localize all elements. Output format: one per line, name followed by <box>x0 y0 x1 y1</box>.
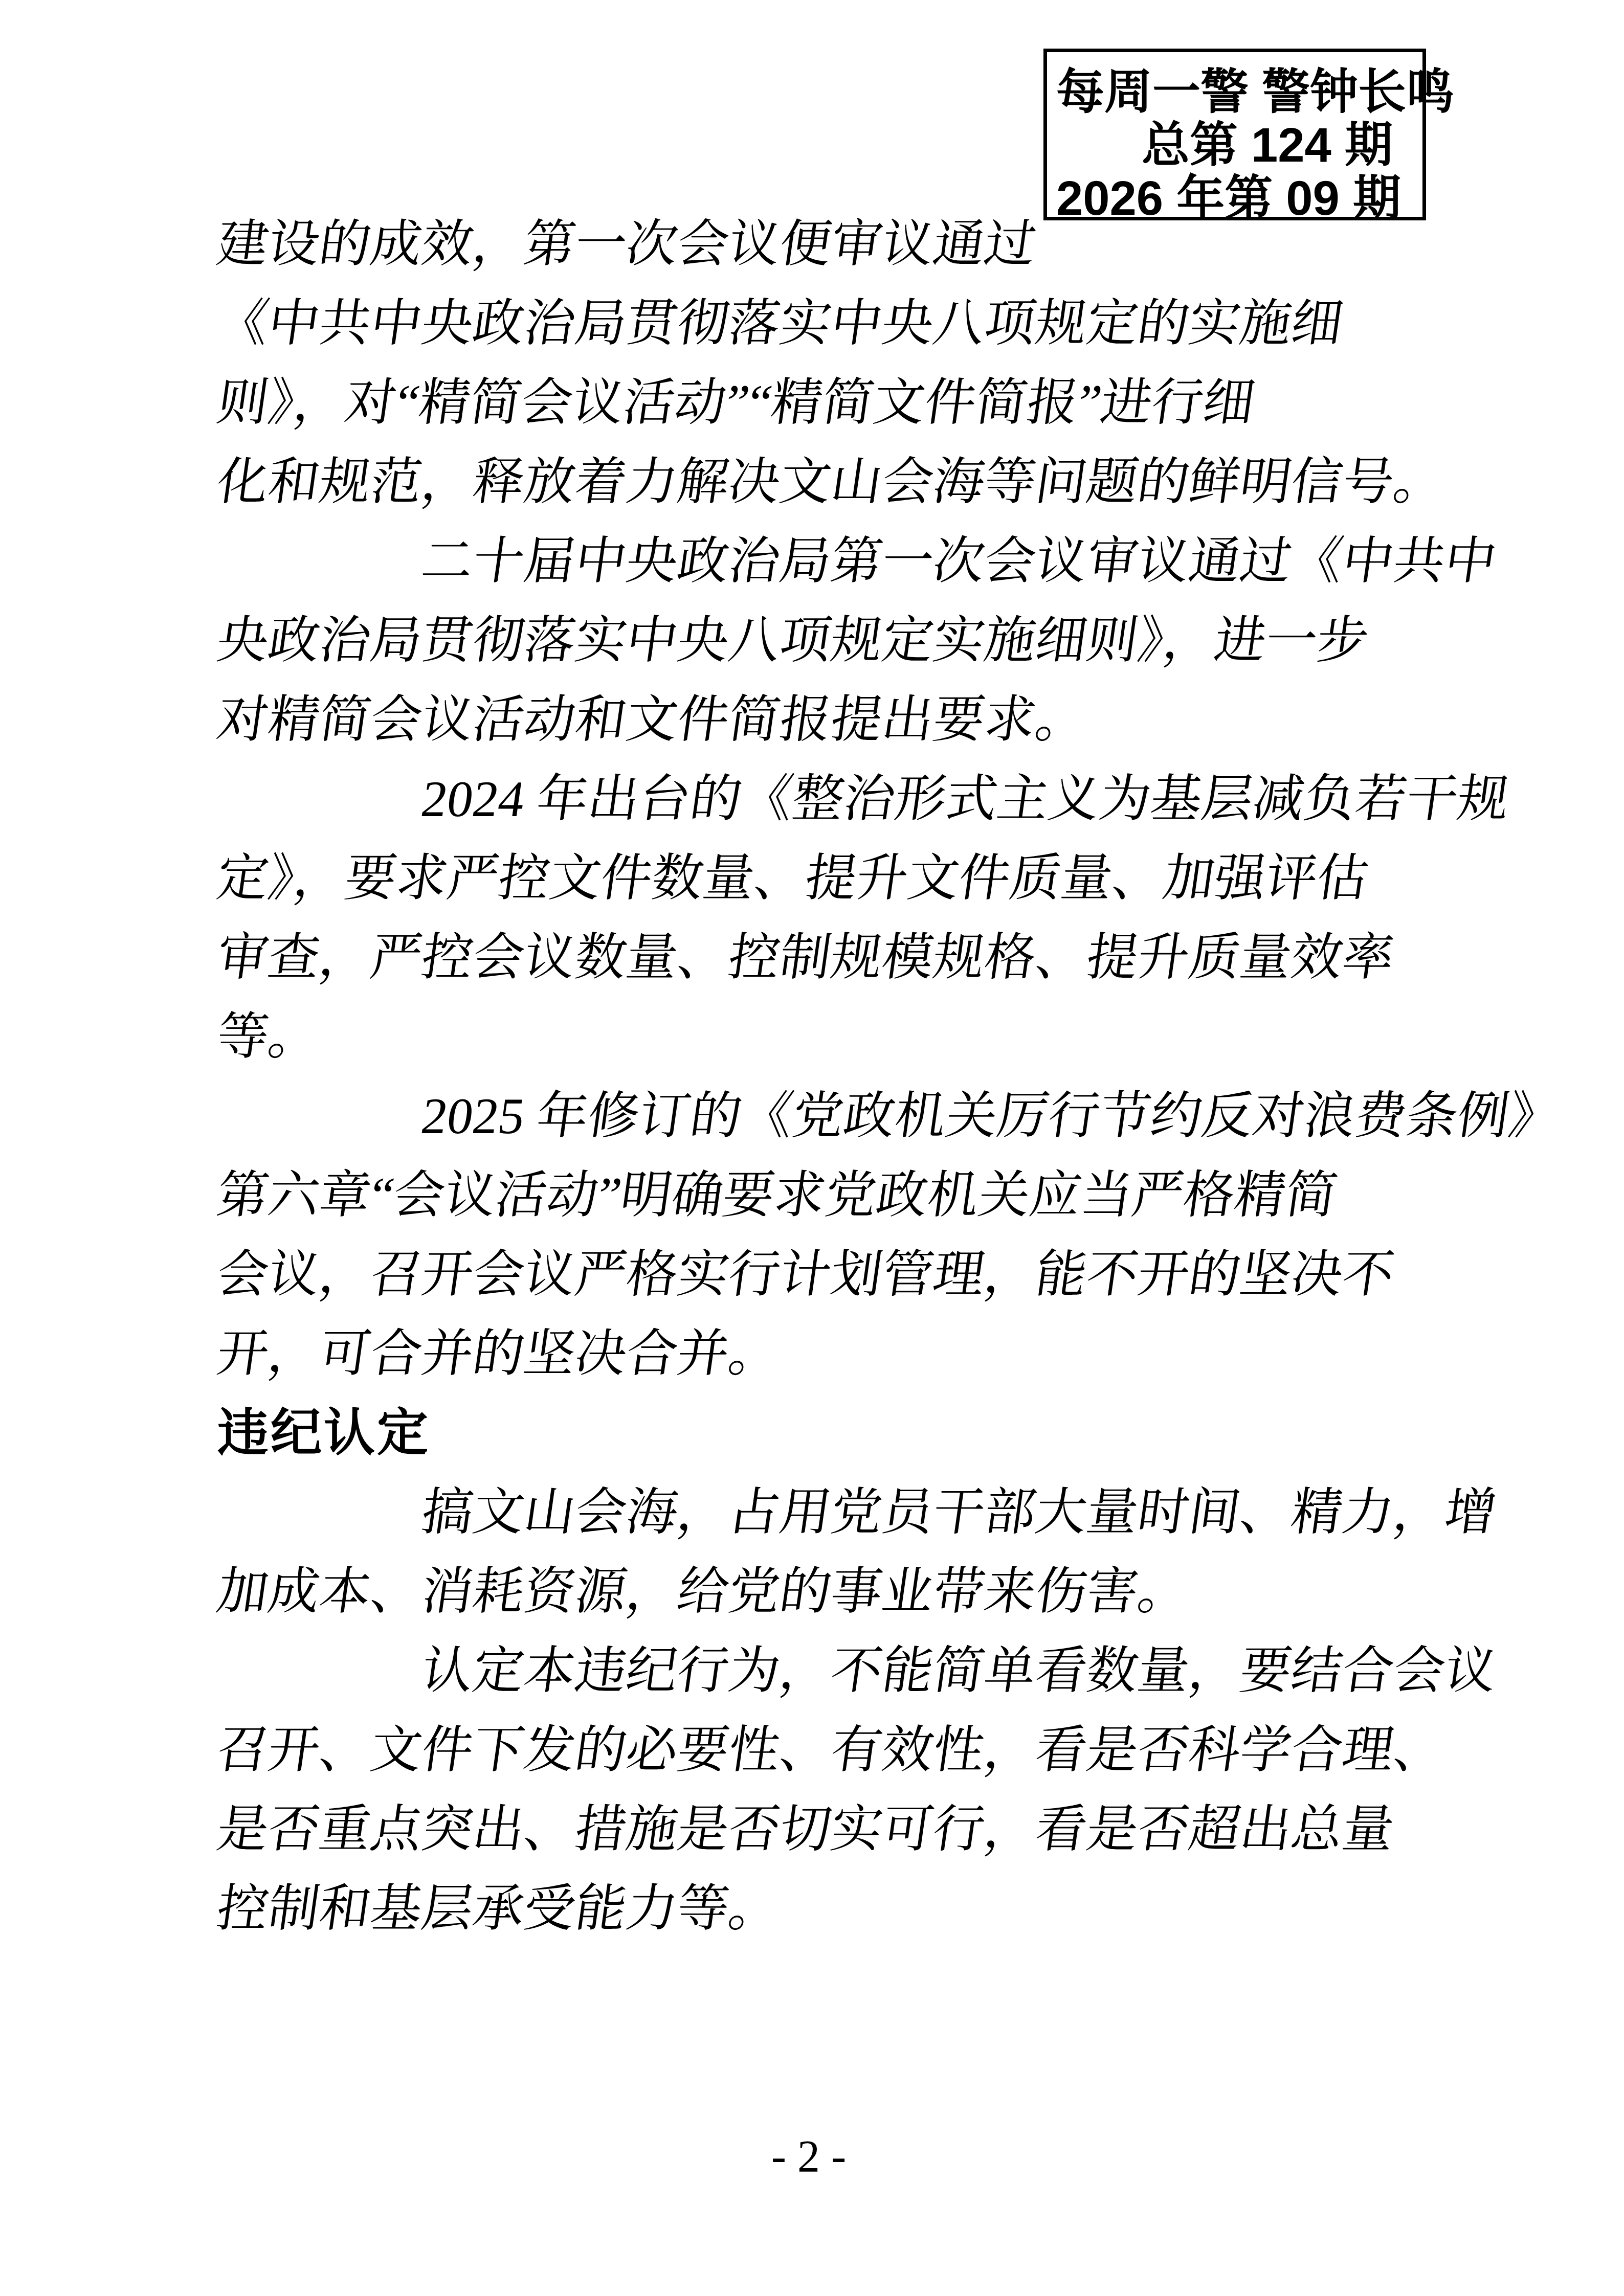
body-line: 认定本违纪行为，不能简单看数量，要结合会议 <box>217 1631 1400 1710</box>
body-line: 则》，对“精简会议活动”“精简文件简报”进行细 <box>217 363 1400 442</box>
body-line: 定》，要求严控文件数量、提升文件质量、加强评估 <box>217 839 1400 918</box>
body-line: 对精简会议活动和文件简报提出要求。 <box>217 680 1400 759</box>
line-text: 化和规范，释放着力解决文山会海等问题的鲜明信号。 <box>212 442 1451 522</box>
line-text: 2025 年修订的《党政机关厉行节约反对浪费条例》 <box>314 1076 1566 1156</box>
heading-line: 违纪认定 <box>217 1393 1400 1473</box>
body-line: 二十届中央政治局第一次会议审议通过《中共中 <box>217 522 1400 601</box>
body-line: 2025 年修订的《党政机关厉行节约反对浪费条例》 <box>217 1076 1400 1156</box>
body-line: 审查，严控会议数量、控制规模规格、提升质量效率 <box>217 918 1400 997</box>
line-text: 则》，对“精简会议活动”“精简文件简报”进行细 <box>212 363 1260 442</box>
line-text: 二十届中央政治局第一次会议审议通过《中共中 <box>314 522 1502 601</box>
document-page: 每周一警 警钟长鸣 总第 124 期 2026 年第 09 期 建设的成效，第一… <box>0 0 1624 2296</box>
line-text: 对精简会议活动和文件简报提出要求。 <box>212 680 1093 759</box>
body-line: 是否重点突出、措施是否切实可行，看是否超出总量 <box>217 1790 1400 1869</box>
body-line: 等。 <box>217 997 1400 1076</box>
body-paragraph: 搞文山会海，占用党员干部大量时间、精力，增加成本、消耗资源，给党的事业带来伤害。 <box>217 1473 1400 1631</box>
body-line: 搞文山会海，占用党员干部大量时间、精力，增 <box>217 1473 1400 1552</box>
body-paragraph: 认定本违纪行为，不能简单看数量，要结合会议召开、文件下发的必要性、有效性，看是否… <box>217 1631 1400 1948</box>
line-text: 定》，要求严控文件数量、提升文件质量、加强评估 <box>212 839 1374 918</box>
section-heading: 违纪认定 <box>217 1393 1400 1473</box>
page-number: - 2 - <box>217 2131 1400 2182</box>
masthead-issue-total: 总第 124 期 <box>1056 119 1393 172</box>
line-text: 央政治局贯彻落实中央八项规定实施细则》，进一步 <box>212 601 1374 680</box>
body-paragraph: 《中共中央政治局贯彻落实中央八项规定的实施细则》，对“精简会议活动”“精简文件简… <box>217 284 1400 522</box>
line-text: 建设的成效，第一次会议便审议通过 <box>212 205 1041 284</box>
line-text: 召开、文件下发的必要性、有效性，看是否科学合理、 <box>212 1710 1451 1790</box>
line-text: 2024 年出台的《整治形式主义为基层减负若干规 <box>314 759 1515 839</box>
body-line: 会议，召开会议严格实行计划管理，能不开的坚决不 <box>217 1235 1400 1314</box>
body-line: 开，可合并的坚决合并。 <box>217 1314 1400 1393</box>
body-paragraph: 建设的成效，第一次会议便审议通过 <box>217 205 1400 284</box>
line-text: 加成本、消耗资源，给党的事业带来伤害。 <box>212 1552 1195 1631</box>
body-line: 2024 年出台的《整治形式主义为基层减负若干规 <box>217 759 1400 839</box>
body-paragraph: 2024 年出台的《整治形式主义为基层减负若干规定》，要求严控文件数量、提升文件… <box>217 759 1400 1076</box>
line-text: 第六章“会议活动”明确要求党政机关应当严格精简 <box>212 1156 1343 1235</box>
line-text: 认定本违纪行为，不能简单看数量，要结合会议 <box>314 1631 1502 1710</box>
document-body: 建设的成效，第一次会议便审议通过《中共中央政治局贯彻落实中央八项规定的实施细则》… <box>217 205 1400 1948</box>
body-line: 第六章“会议活动”明确要求党政机关应当严格精简 <box>217 1156 1400 1235</box>
body-paragraph: 2025 年修订的《党政机关厉行节约反对浪费条例》第六章“会议活动”明确要求党政… <box>217 1076 1400 1393</box>
line-text: 违纪认定 <box>217 1404 430 1461</box>
masthead-title: 每周一警 警钟长鸣 <box>1056 65 1393 119</box>
line-text: 是否重点突出、措施是否切实可行，看是否超出总量 <box>212 1790 1399 1869</box>
line-text: 搞文山会海，占用党员干部大量时间、精力，增 <box>314 1473 1502 1552</box>
line-text: 《中共中央政治局贯彻落实中央八项规定的实施细 <box>212 284 1348 363</box>
body-line: 《中共中央政治局贯彻落实中央八项规定的实施细 <box>217 284 1400 363</box>
line-text: 会议，召开会议严格实行计划管理，能不开的坚决不 <box>212 1235 1399 1314</box>
body-line: 控制和基层承受能力等。 <box>217 1869 1400 1948</box>
line-text: 开，可合并的坚决合并。 <box>212 1314 786 1393</box>
body-line: 加成本、消耗资源，给党的事业带来伤害。 <box>217 1552 1400 1631</box>
body-line: 化和规范，释放着力解决文山会海等问题的鲜明信号。 <box>217 442 1400 522</box>
line-text: 审查，严控会议数量、控制规模规格、提升质量效率 <box>212 918 1399 997</box>
body-line: 召开、文件下发的必要性、有效性，看是否科学合理、 <box>217 1710 1400 1790</box>
body-line: 建设的成效，第一次会议便审议通过 <box>217 205 1400 284</box>
line-text: 控制和基层承受能力等。 <box>212 1869 786 1948</box>
masthead-box: 每周一警 警钟长鸣 总第 124 期 2026 年第 09 期 <box>1043 49 1426 220</box>
body-paragraph: 二十届中央政治局第一次会议审议通过《中共中央政治局贯彻落实中央八项规定实施细则》… <box>217 522 1400 759</box>
body-line: 央政治局贯彻落实中央八项规定实施细则》，进一步 <box>217 601 1400 680</box>
line-text: 等。 <box>212 997 325 1076</box>
